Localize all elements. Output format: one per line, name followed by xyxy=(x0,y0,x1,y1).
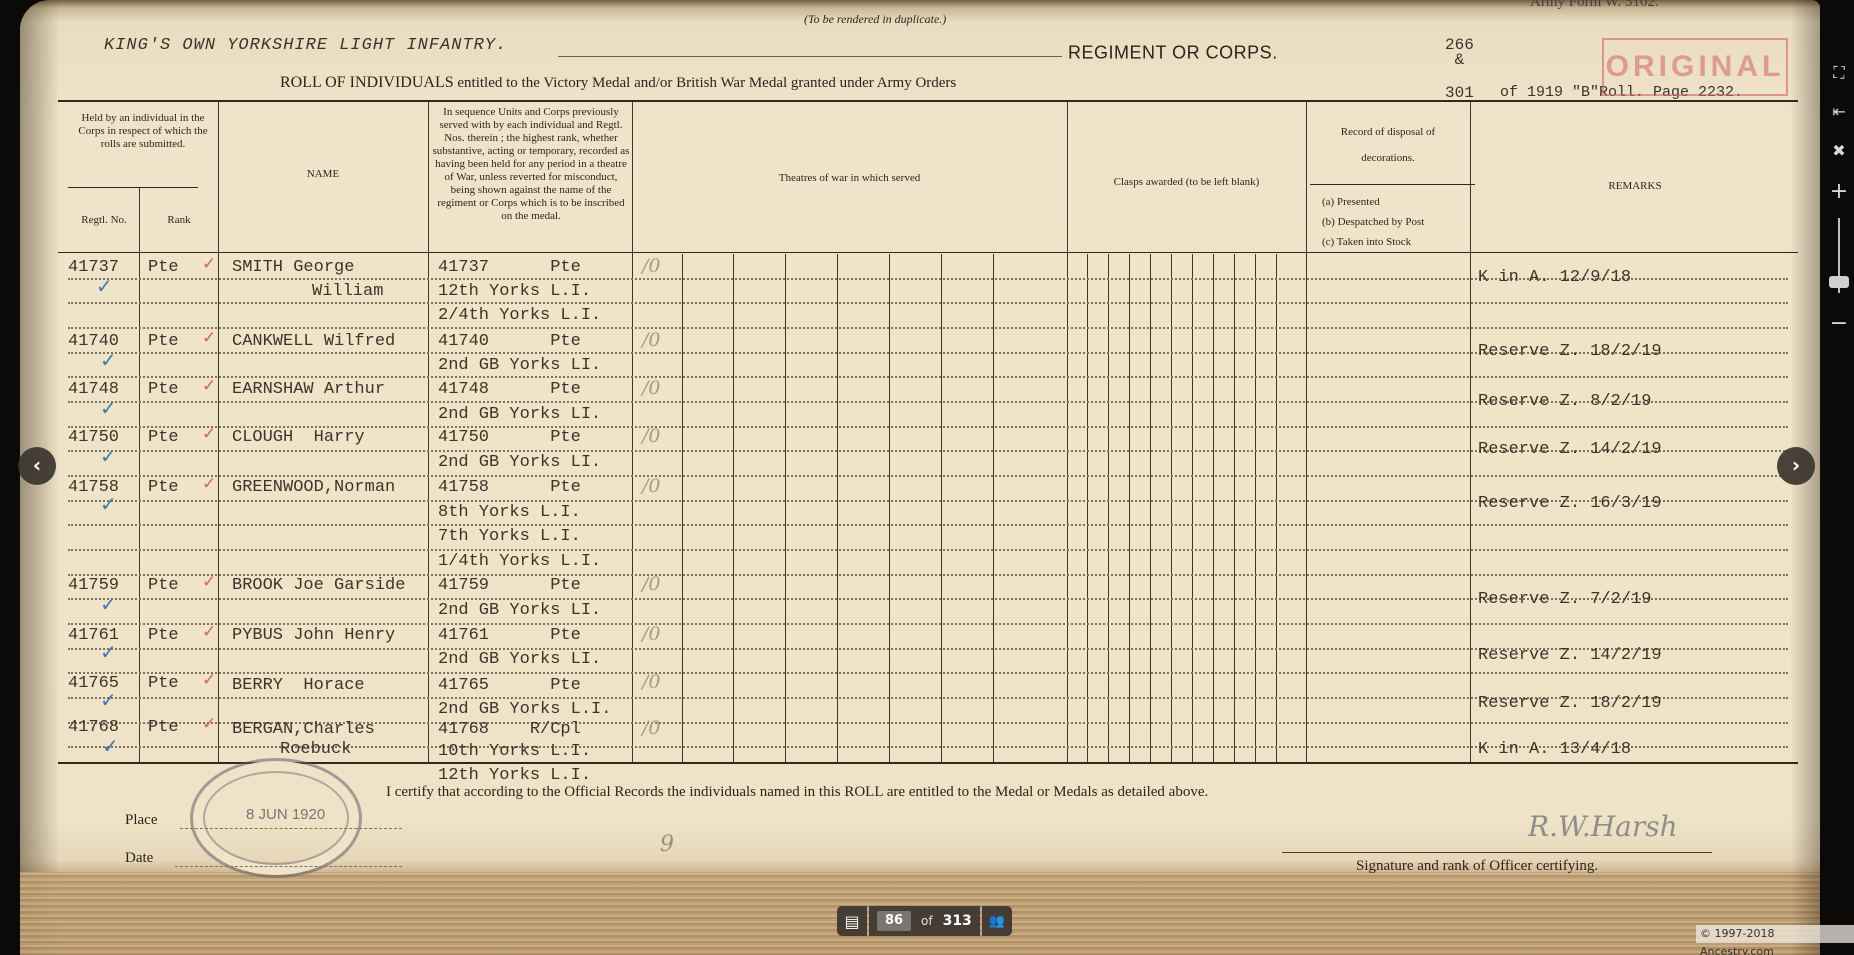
page-indicator: 86 of 313 xyxy=(869,906,980,936)
header-held-by: Held by an individual in the Corps in re… xyxy=(68,112,218,151)
clasp-col xyxy=(1192,254,1193,762)
soldier-name: EARNSHAW Arthur xyxy=(232,380,385,400)
date-label: Date xyxy=(125,850,153,867)
header-theatres: Theatres of war in which served xyxy=(632,172,1067,185)
header-disposal-a: (a) Presented xyxy=(1322,196,1380,209)
unit-line: 12th Yorks L.I. xyxy=(438,766,591,786)
regiment-underline xyxy=(558,56,1062,57)
header-clasps: Clasps awarded (to be left blank) xyxy=(1067,176,1306,189)
place-label: Place xyxy=(125,812,157,829)
filmstrip-icon: ▤ xyxy=(844,912,859,931)
red-check-icon: ✓ xyxy=(202,328,216,348)
soldier-name: PYBUS John Henry xyxy=(232,626,395,646)
fullscreen-icon[interactable]: ⛶ xyxy=(1828,62,1850,84)
date-stamp-text: 8 JUN 1920 xyxy=(246,806,325,823)
rank: Pte xyxy=(148,576,179,596)
clasp-col xyxy=(1171,254,1172,762)
blue-check-icon: ✓ xyxy=(100,494,117,514)
unit-line: 10th Yorks L.I. xyxy=(438,742,591,762)
header-rank: Rank xyxy=(140,214,218,227)
blue-check-icon: ✓ xyxy=(100,446,117,466)
remarks: Reserve Z. 18/2/19 xyxy=(1478,694,1662,714)
remarks: Reserve Z. 14/2/19 xyxy=(1478,440,1662,460)
theatre-col xyxy=(785,254,786,762)
soldier-name: CANKWELL Wilfred xyxy=(232,332,395,352)
unit-line: 8th Yorks L.I. xyxy=(438,503,581,523)
rank: Pte xyxy=(148,332,179,352)
rank: Pte xyxy=(148,478,179,498)
row-rule xyxy=(68,549,1788,551)
col-divider xyxy=(218,102,219,763)
zoom-in-button[interactable]: + xyxy=(1828,181,1850,203)
clasp-col xyxy=(1108,254,1109,762)
col-divider xyxy=(1470,102,1471,763)
red-check-icon: ✓ xyxy=(202,670,216,690)
disposal-divider xyxy=(1310,184,1475,185)
unit-line: 41759 Pte xyxy=(438,576,581,596)
header-disposal-b: (b) Despatched by Post xyxy=(1322,216,1424,229)
remarks: Reserve Z. 14/2/19 xyxy=(1478,646,1662,666)
original-stamp: ORIGINAL xyxy=(1602,38,1788,96)
pencil-mark: /0 xyxy=(642,574,661,594)
duplicate-note: (To be rendered in duplicate.) xyxy=(804,12,946,27)
of-label: of xyxy=(921,914,933,928)
certification-text: I certify that according to the Official… xyxy=(386,784,1208,801)
red-check-icon: ✓ xyxy=(202,622,216,642)
row-rule xyxy=(68,376,1788,378)
row-rule xyxy=(68,327,1788,329)
header-remarks: REMARKS xyxy=(1470,180,1800,193)
unit-line: 41748 Pte xyxy=(438,380,581,400)
total-pages: 313 xyxy=(943,913,972,929)
unit-line: 41758 Pte xyxy=(438,478,581,498)
chevron-right-icon: › xyxy=(1792,453,1800,477)
pencil-mark: /0 xyxy=(642,426,661,446)
header-disposal-c: (c) Taken into Stock xyxy=(1322,236,1411,249)
remarks: Reserve Z. 8/2/19 xyxy=(1478,392,1651,412)
clasp-col xyxy=(1255,254,1256,762)
header-disposal-title2: decorations. xyxy=(1306,152,1470,165)
regiment-label: REGIMENT OR CORPS. xyxy=(1068,41,1278,63)
zoom-out-button[interactable]: − xyxy=(1828,313,1850,335)
held-by-divider xyxy=(68,187,198,188)
zoom-slider-thumb[interactable] xyxy=(1829,276,1849,288)
red-check-icon: ✓ xyxy=(202,254,216,274)
clasp-col xyxy=(1150,254,1151,762)
previous-image-button[interactable]: ‹ xyxy=(18,447,56,485)
chevron-left-icon: ‹ xyxy=(33,453,41,477)
image-pager: ▤ 86 of 313 👥 xyxy=(837,906,1012,936)
remarks: Reserve Z. 18/2/19 xyxy=(1478,342,1662,362)
viewer-toolbar: ⛶ ⇤ ✖ + − xyxy=(1824,0,1854,955)
theatre-col xyxy=(682,254,683,762)
unit-line: 1/4th Yorks L.I. xyxy=(438,552,601,572)
rank: Pte xyxy=(148,674,179,694)
blue-check-icon: ✓ xyxy=(100,398,117,418)
unit-line: 2nd GB Yorks LI. xyxy=(438,405,601,425)
header-bottom-rule xyxy=(58,252,1798,253)
theatre-col xyxy=(993,254,994,762)
filmstrip-button[interactable]: ▤ xyxy=(837,906,867,936)
roll-title: ROLL OF INDIVIDUALS entitled to the Vict… xyxy=(280,74,956,92)
col-divider xyxy=(1067,102,1068,763)
officer-signature: R.W.Harsh xyxy=(1528,810,1678,843)
row-rule xyxy=(68,302,1788,304)
rank: Pte xyxy=(148,718,179,738)
signature-label: Signature and rank of Officer certifying… xyxy=(1356,858,1598,875)
pencil-mark: /0 xyxy=(642,624,661,644)
theatre-col xyxy=(733,254,734,762)
pencil-mark: /0 xyxy=(642,476,661,496)
roll-title-rest: entitled to the Victory Medal and/or Bri… xyxy=(454,75,957,91)
theatre-col xyxy=(941,254,942,762)
people-on-page-button[interactable]: 👥 xyxy=(982,906,1012,936)
clasp-col xyxy=(1087,254,1088,762)
pencil-mark: /0 xyxy=(642,718,661,738)
clasp-col xyxy=(1234,254,1235,762)
roll-ref: 266 & xyxy=(1445,38,1474,68)
red-check-icon: ✓ xyxy=(202,376,216,396)
current-page-input[interactable]: 86 xyxy=(877,911,911,931)
header-units: In sequence Units and Corps previously s… xyxy=(432,106,630,223)
form-number: Army Form W. 5102. xyxy=(1530,0,1659,11)
collapse-panel-icon[interactable]: ⇤ xyxy=(1828,101,1850,123)
people-icon: 👥 xyxy=(989,914,1005,929)
pencil-mark: /0 xyxy=(642,672,661,692)
clasp-col xyxy=(1213,254,1214,762)
header-name: NAME xyxy=(218,168,428,181)
roll-title-bold: ROLL OF INDIVIDUALS xyxy=(280,74,454,91)
place-line xyxy=(180,828,402,829)
col-divider xyxy=(1306,102,1307,763)
remarks: K in A. 12/9/18 xyxy=(1478,268,1631,288)
rank: Pte xyxy=(148,380,179,400)
signature-line xyxy=(1282,852,1712,853)
soldier-name: CLOUGH Harry xyxy=(232,428,365,448)
col-divider xyxy=(428,102,429,763)
red-check-icon: ✓ xyxy=(202,714,216,734)
rank: Pte xyxy=(148,428,179,448)
regiment-name: KING'S OWN YORKSHIRE LIGHT INFANTRY. xyxy=(104,36,507,55)
red-check-icon: ✓ xyxy=(202,572,216,592)
unit-line: 41750 Pte xyxy=(438,428,581,448)
rank: Pte xyxy=(148,258,179,278)
blue-check-icon: ✓ xyxy=(100,690,117,710)
red-check-icon: ✓ xyxy=(202,474,216,494)
roll-ref-amp: & xyxy=(1445,53,1474,68)
date-line xyxy=(175,866,402,867)
next-image-button[interactable]: › xyxy=(1777,447,1815,485)
blue-check-icon: ✓ xyxy=(100,594,117,614)
header-disposal-title: Record of disposal of xyxy=(1306,126,1470,139)
soldier-name-cont: William xyxy=(312,282,383,302)
unit-line: 41765 Pte xyxy=(438,676,581,696)
unit-line: 2nd GB Yorks LI. xyxy=(438,356,601,376)
pencil-mark: /0 xyxy=(642,330,661,350)
pencil-mark: /0 xyxy=(642,378,661,398)
unit-line: 41737 Pte xyxy=(438,258,581,278)
unit-line: 7th Yorks L.I. xyxy=(438,527,581,547)
remarks: Reserve Z. 16/3/19 xyxy=(1478,494,1662,514)
blue-check-icon: ✓ xyxy=(100,350,117,370)
red-check-icon: ✓ xyxy=(202,424,216,444)
row-rule xyxy=(68,672,1788,674)
tools-icon[interactable]: ✖ xyxy=(1828,140,1850,162)
theatre-col xyxy=(837,254,838,762)
soldier-name: BROOK Joe Garside xyxy=(232,576,405,596)
remarks: Reserve Z. 7/2/19 xyxy=(1478,590,1651,610)
blue-check-icon: ✓ xyxy=(96,276,113,296)
unit-line: 2nd GB Yorks LI. xyxy=(438,453,601,473)
col-divider xyxy=(632,102,633,763)
pencil-mark: /0 xyxy=(642,256,661,276)
unit-line: 41768 R/Cpl xyxy=(438,720,581,740)
unit-line: 2/4th Yorks L.I. xyxy=(438,306,601,326)
soldier-name-cont: Roebuck xyxy=(280,740,351,760)
blue-check-icon: ✓ xyxy=(100,642,117,662)
soldier-name: BERGAN,Charles xyxy=(232,720,375,740)
pencil-note: 9 xyxy=(660,832,674,857)
soldier-name: GREENWOOD,Norman xyxy=(232,478,395,498)
unit-line: 2nd GB Yorks LI. xyxy=(438,650,601,670)
document-scan[interactable]: Army Form W. 5102. (To be rendered in du… xyxy=(20,0,1820,955)
row-rule xyxy=(68,623,1788,625)
unit-line: 12th Yorks L.I. xyxy=(438,282,591,302)
remarks: K in A. 13/4/18 xyxy=(1478,740,1631,760)
soldier-name: SMITH George xyxy=(232,258,354,278)
blue-check-icon: ✓ xyxy=(102,736,119,756)
copyright-notice: © 1997-2018 Ancestry.com xyxy=(1696,925,1854,943)
row-rule xyxy=(68,524,1788,526)
unit-line: 2nd GB Yorks L.I. xyxy=(438,700,611,720)
unit-line: 2nd GB Yorks LI. xyxy=(438,601,601,621)
table-top-rule xyxy=(58,100,1798,102)
clasp-col xyxy=(1276,254,1277,762)
unit-line: 41761 Pte xyxy=(438,626,581,646)
soldier-name: BERRY Horace xyxy=(232,676,365,696)
clasp-col xyxy=(1129,254,1130,762)
rank: Pte xyxy=(148,626,179,646)
row-rule xyxy=(68,475,1788,477)
unit-line: 41740 Pte xyxy=(438,332,581,352)
table-bottom-rule xyxy=(58,762,1798,764)
header-regtl-no: Regtl. No. xyxy=(68,214,140,227)
theatre-col xyxy=(889,254,890,762)
